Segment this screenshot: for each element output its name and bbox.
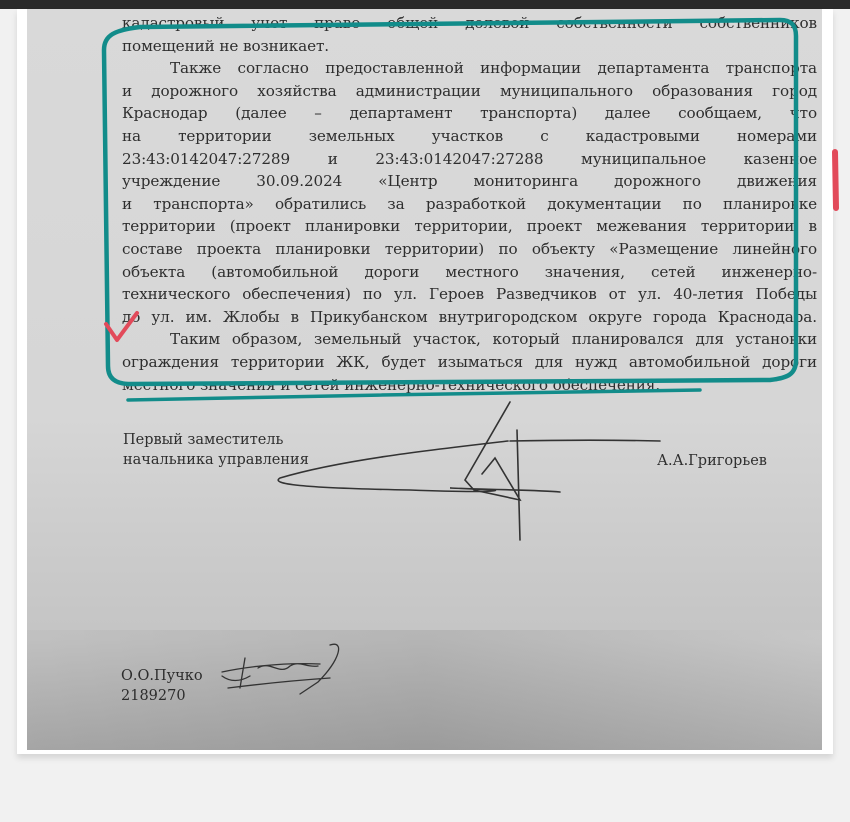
document-line: и дорожного хозяйства администрации муни… [122, 80, 817, 103]
signatory-position-line2: начальника управления [123, 450, 309, 470]
document-page: кадастровый учет право общей долевой соб… [27, 9, 822, 750]
signatory-name: А.А.Григорьев [657, 451, 767, 471]
document-line: кадастровый учет право общей долевой соб… [122, 12, 817, 35]
document-line: и транспорта» обратились за разработкой … [122, 193, 817, 216]
document-line: 23:43:0142047:27289 и 23:43:0142047:2728… [122, 148, 817, 171]
document-line: составе проекта планировки территории) п… [122, 238, 817, 261]
executor-block: О.О.Пучко 2189270 [121, 666, 203, 706]
document-line: местного значения и сетей инженерно-техн… [122, 374, 817, 397]
document-line: на территории земельных участков с кадас… [122, 125, 817, 148]
document-line: Таким образом, земельный участок, которы… [122, 328, 817, 351]
signatory-position-line1: Первый заместитель [123, 430, 309, 450]
document-line: территории (проект планировки территории… [122, 215, 817, 238]
document-line: Также согласно предоставленной информаци… [122, 57, 817, 80]
document-body: кадастровый учет право общей долевой соб… [122, 12, 817, 396]
document-line: до ул. им. Жлобы в Прикубанском внутриго… [122, 306, 817, 329]
signatory-position: Первый заместитель начальника управления [123, 430, 309, 470]
document-line: учреждение 30.09.2024 «Центр мониторинга… [122, 170, 817, 193]
executor-name: О.О.Пучко [121, 666, 203, 686]
document-line: объекта (автомобильной дороги местного з… [122, 261, 817, 284]
side-mark-icon [835, 152, 836, 208]
document-line: помещений не возникает. [122, 35, 817, 58]
document-line: технического обеспечения) по ул. Героев … [122, 283, 817, 306]
document-line: ограждения территории ЖК, будет изыматьс… [122, 351, 817, 374]
executor-phone: 2189270 [121, 686, 203, 706]
document-line: Краснодар (далее – департамент транспорт… [122, 102, 817, 125]
top-bar [0, 0, 850, 9]
